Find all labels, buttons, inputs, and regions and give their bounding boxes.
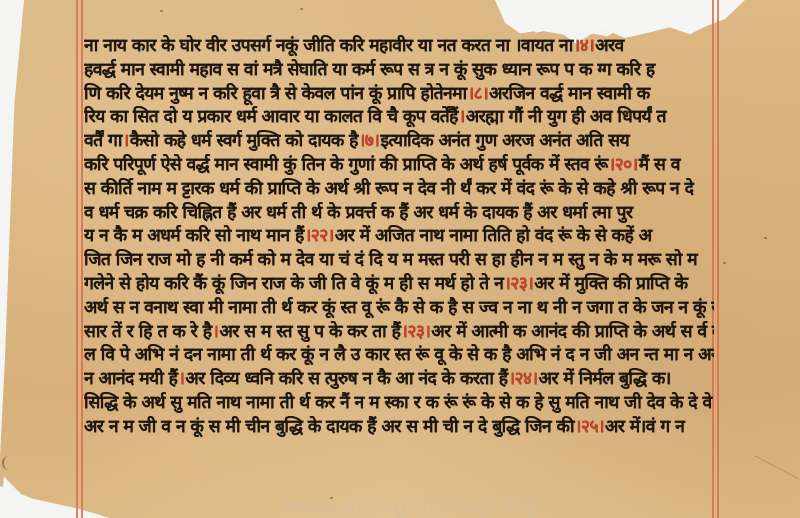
manuscript-line: व धर्म चक्र करि चिह्नित हैं अर धर्म ती र… — [84, 202, 714, 226]
text-segment: सार तें र हि त क रे है — [84, 322, 211, 342]
manuscript-line: य न कै म अधर्म करि सो नाथ मान हैं।२२।अर … — [84, 225, 714, 249]
watermark: www.vitragelibrary.org — [282, 492, 538, 518]
manuscript-line: जित जिन राज मो ह नी कर्म को म देव या चं … — [84, 249, 714, 273]
text-segment: । — [665, 369, 671, 389]
manuscript-line: न आनंद मयी हैं।अर दिव्य ध्वनि करि स त्पु… — [84, 368, 714, 392]
manuscript-line: सिद्धि के अर्थ सु मति नाथ नामा ती र्थ कर… — [84, 392, 714, 416]
paper-speck — [764, 237, 767, 239]
text-segment: वं ग न — [646, 417, 684, 437]
manuscript-text-block: ना नाय कार के घोर वीर उपसर्ग नकूं जीति क… — [84, 35, 714, 440]
manuscript-line: ना नाय कार के घोर वीर उपसर्ग नकूं जीति क… — [84, 35, 714, 59]
manuscript-line: णि करि देयम नुष्म न करि हूवा त्रै से केव… — [84, 83, 714, 107]
text-segment: वायत ना — [521, 36, 573, 56]
manuscript-line: वर्तैं गा।कैसो कहे धर्म स्वर्ग मुक्ति को… — [84, 130, 714, 154]
text-segment: अर न म जी व न कूं स मी चीन बुद्धि के दाय… — [84, 417, 574, 437]
left-margin-rule-outer — [76, 0, 78, 518]
text-segment: णि करि देयम नुष्म न करि हूवा त्रै से केव… — [84, 84, 467, 104]
text-segment: अर में — [605, 417, 640, 437]
verse-number-marker: ।२२। — [305, 226, 334, 246]
manuscript-line: स कीर्ति नाम म ट्टारक धर्म की प्राप्ति क… — [84, 178, 714, 202]
text-segment: मैं स व — [639, 155, 680, 175]
text-segment: अर दिव्य ध्वनि करि स त्पुरुष न कै आ नंद … — [185, 369, 507, 389]
text-segment: अरह्मा गौं नी युग ही अव धिपर्यं त — [466, 107, 666, 127]
text-segment: अर में आत्मी क आनंद की प्राप्ति के अर्थ … — [431, 322, 714, 342]
manuscript-line: करि परिपूर्ण ऐसे वर्द्ध मान स्वामी कुं त… — [84, 154, 714, 178]
text-segment: अर स म स्त सु प के कर ता हैं — [219, 322, 400, 342]
verse-number-marker: ।४। — [574, 36, 595, 56]
text-segment: करि परिपूर्ण ऐसे वर्द्ध मान स्वामी कुं त… — [84, 155, 608, 175]
text-segment: अर में अजित नाथ नामा तिति हो वंद रूं के … — [335, 226, 652, 246]
text-segment: हवर्द्ध मान स्वामी महाव स वां मत्रै सेघा… — [84, 60, 655, 80]
verse-number-marker: । — [178, 369, 184, 389]
manuscript-line: सार तें र हि त क रे है।अर स म स्त सु प क… — [84, 321, 714, 345]
manuscript-line: ल वि पे अभि नं दन नामा ती र्थ कर कूं न ल… — [84, 344, 714, 368]
right-margin-rule-outer — [717, 0, 719, 518]
verse-number-marker: । — [123, 131, 129, 151]
text-segment: य न कै म अधर्म करि सो नाथ मान हैं — [84, 226, 304, 246]
verse-number-marker: । — [212, 322, 218, 342]
verse-number-marker: ।२०। — [609, 155, 638, 175]
verse-number-marker: ।७। — [359, 131, 380, 151]
margin-mark — [2, 456, 14, 470]
text-segment: व धर्म चक्र करि चिह्नित हैं अर धर्म ती र… — [84, 203, 632, 223]
text-segment: वर्तैं गा — [84, 131, 122, 151]
left-margin-rule-inner — [81, 0, 83, 518]
manuscript-line: अर्थ स न वनाथ स्वा मी नामा ती र्थ कर कूं… — [84, 297, 714, 321]
manuscript-line: गलेने से होय करि कैं कूं जिन राज के जी त… — [84, 273, 714, 297]
text-segment: रिय का सित दो य प्रकार धर्म आवार या कालत… — [84, 107, 458, 127]
text-segment: अर्थ स न वनाथ स्वा मी नामा ती र्थ कर कूं… — [84, 298, 714, 318]
manuscript-line: अर न म जी व न कूं स मी चीन बुद्धि के दाय… — [84, 416, 714, 440]
verse-number-marker: ।२३। — [401, 322, 430, 342]
text-segment: जित जिन राज मो ह नी कर्म को म देव या चं … — [84, 250, 697, 270]
paper-speck — [300, 8, 303, 10]
text-segment: ना नाय कार के घोर वीर उपसर्ग नकूं जीति क… — [84, 36, 521, 56]
paper-speck — [160, 10, 163, 12]
manuscript-line: हवर्द्ध मान स्वामी महाव स वां मत्रै सेघा… — [84, 59, 714, 83]
text-segment: स कीर्ति नाम म ट्टारक धर्म की प्राप्ति क… — [84, 179, 693, 199]
text-segment: अरजिन वर्द्ध मान स्वामी क — [489, 84, 649, 104]
verse-number-marker: । — [459, 107, 465, 127]
verse-number-marker: ।२३। — [504, 274, 533, 294]
verse-number-marker: ।२५। — [575, 417, 604, 437]
text-segment: अरव — [595, 36, 623, 56]
text-segment: इत्यादिक अनंत गुण अरज अनंत अति सय — [380, 131, 629, 151]
text-segment: अर में निर्मल बुद्धि क — [539, 369, 665, 389]
text-segment: ल वि पे अभि नं दन नामा ती र्थ कर कूं न ल… — [84, 345, 714, 365]
text-segment: गलेने से होय करि कैं कूं जिन राज के जी त… — [84, 274, 503, 294]
text-segment: अर में मुक्ति की प्राप्ति के — [534, 274, 687, 294]
text-segment: सिद्धि के अर्थ सु मति नाथ नामा ती र्थ कर… — [84, 393, 712, 413]
manuscript-line: रिय का सित दो य प्रकार धर्म आवार या कालत… — [84, 106, 714, 130]
manuscript-viewer: ना नाय कार के घोर वीर उपसर्ग नकूं जीति क… — [0, 0, 800, 518]
paper-speck — [723, 262, 726, 264]
text-segment: न आनंद मयी हैं — [84, 369, 177, 389]
verse-number-marker: ।८। — [468, 84, 489, 104]
verse-number-marker: ।२४। — [509, 369, 538, 389]
text-segment: कैसो कहे धर्म स्वर्ग मुक्ति को दायक है — [130, 131, 358, 151]
